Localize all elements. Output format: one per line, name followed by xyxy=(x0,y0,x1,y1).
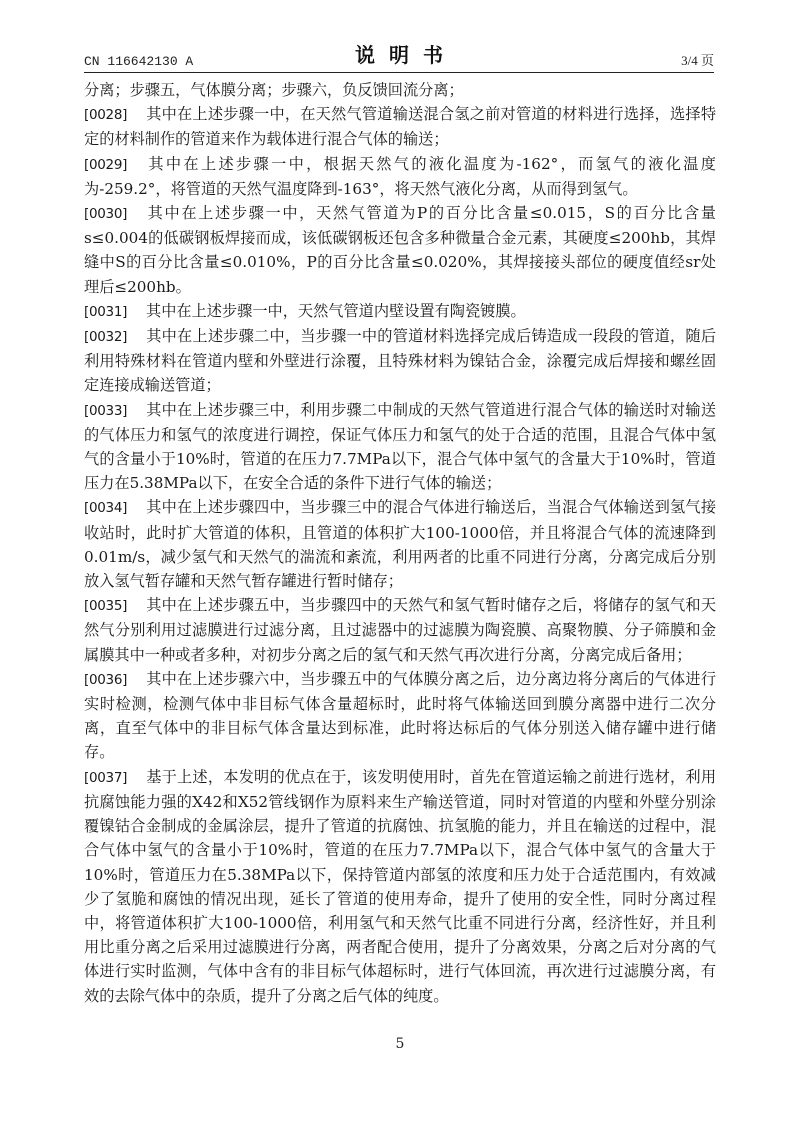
paragraph-id: [0028] xyxy=(84,103,146,127)
paragraph-id: [0033] xyxy=(84,399,146,423)
document-body: 分离；步骤五，气体膜分离；步骤六，负反馈回流分离； [0028]其中在上述步骤一… xyxy=(84,78,716,1008)
paragraph-id: [0029] xyxy=(84,153,146,177)
paragraph-id: [0034] xyxy=(84,496,146,520)
paragraph-text: 其中在上述步骤一中，天然气管道内壁设置有陶瓷镀膜。 xyxy=(146,302,526,320)
paragraph-id: [0036] xyxy=(84,668,146,692)
paragraph-text: 其中在上述步骤三中，利用步骤二中制成的天然气管道进行混合气体的输送时对输送的气体… xyxy=(84,401,716,493)
page-header: CN 116642130 A 说明书 3/4 页 xyxy=(84,40,714,73)
paragraph-continued: 分离；步骤五，气体膜分离；步骤六，负反馈回流分离； xyxy=(84,78,716,102)
paragraph-0029: [0029]其中在上述步骤一中，根据天然气的液化温度为-162°，而氢气的液化温… xyxy=(84,152,716,201)
paragraph-text: 其中在上述步骤五中，当步骤四中的天然气和氢气暂时储存之后，将储存的氢气和天然气分… xyxy=(84,596,716,663)
paragraph-text: 其中在上述步骤一中，天然气管道为P的百分比含量≤0.015，S的百分比含量s≤0… xyxy=(84,204,716,296)
paragraph-0033: [0033]其中在上述步骤三中，利用步骤二中制成的天然气管道进行混合气体的输送时… xyxy=(84,398,716,496)
paragraph-id: [0037] xyxy=(84,766,146,790)
paragraph-id: [0030] xyxy=(84,202,146,226)
paragraph-0030: [0030]其中在上述步骤一中，天然气管道为P的百分比含量≤0.015，S的百分… xyxy=(84,201,716,299)
page-indicator: 3/4 页 xyxy=(681,50,714,69)
paragraph-0032: [0032]其中在上述步骤二中，当步骤一中的管道材料选择完成后铸造成一段段的管道… xyxy=(84,324,716,398)
paragraph-0035: [0035]其中在上述步骤五中，当步骤四中的天然气和氢气暂时储存之后，将储存的氢… xyxy=(84,593,716,667)
page-number: 5 xyxy=(0,1036,800,1052)
paragraph-0031: [0031]其中在上述步骤一中，天然气管道内壁设置有陶瓷镀膜。 xyxy=(84,299,716,324)
paragraph-0034: [0034]其中在上述步骤四中，当步骤三中的混合气体进行输送后，当混合气体输送到… xyxy=(84,495,716,593)
paragraph-0028: [0028]其中在上述步骤一中，在天然气管道输送混合氢之前对管道的材料进行选择，… xyxy=(84,102,716,151)
paragraph-id: [0035] xyxy=(84,594,146,618)
paragraph-text: 其中在上述步骤二中，当步骤一中的管道材料选择完成后铸造成一段段的管道，随后利用特… xyxy=(84,327,716,394)
paragraph-text: 分离；步骤五，气体膜分离；步骤六，负反馈回流分离； xyxy=(84,81,464,99)
paragraph-text: 其中在上述步骤四中，当步骤三中的混合气体进行输送后，当混合气体输送到氢气接收站时… xyxy=(84,498,716,590)
paragraph-text: 其中在上述步骤六中，当步骤五中的气体膜分离之后，边分离边将分离后的气体进行实时检… xyxy=(84,670,716,762)
paragraph-text: 基于上述，本发明的优点在于，该发明使用时，首先在管道运输之前进行选材，利用抗腐蚀… xyxy=(84,768,716,1005)
page-title: 说明书 xyxy=(84,39,714,68)
paragraph-0036: [0036]其中在上述步骤六中，当步骤五中的气体膜分离之后，边分离边将分离后的气… xyxy=(84,667,716,765)
paragraph-text: 其中在上述步骤一中，在天然气管道输送混合氢之前对管道的材料进行选择，选择特定的材… xyxy=(84,105,716,148)
paragraph-0037: [0037]基于上述，本发明的优点在于，该发明使用时，首先在管道运输之前进行选材… xyxy=(84,765,716,1008)
paragraph-id: [0032] xyxy=(84,325,146,349)
paragraph-id: [0031] xyxy=(84,300,146,324)
paragraph-text: 其中在上述步骤一中，根据天然气的液化温度为-162°，而氢气的液化温度为-259… xyxy=(84,155,716,198)
